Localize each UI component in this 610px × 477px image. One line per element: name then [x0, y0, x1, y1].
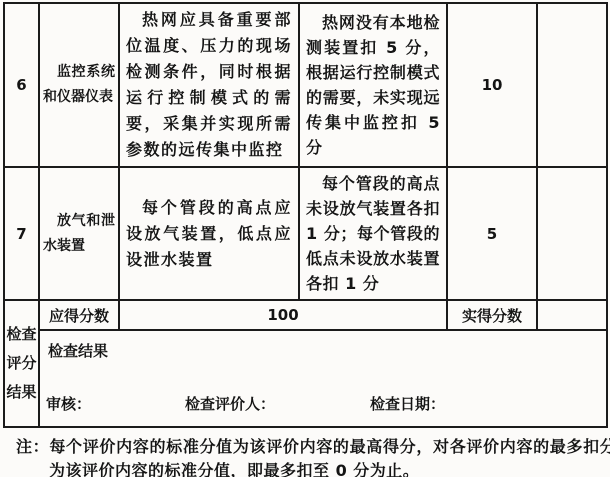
review-label: 审核： — [46, 393, 91, 414]
evaluator-label: 检查评价人： — [185, 393, 275, 414]
item-name-cell: 放气和泄水装置 — [39, 167, 119, 300]
evaluation-content-text: 热网应具备重要部位温度、压力的现场检测条件，同时根据运行控制模式的需要，采集并实… — [120, 4, 298, 166]
actual-score-value-cell — [537, 300, 607, 330]
inspection-result-label: 检查结果 — [48, 340, 108, 361]
scoring-criteria-text: 热网没有本地检测装置扣 5 分，根据运行控制模式的需要，未实现远传集中监控扣 5… — [300, 7, 446, 163]
item-name-cell: 监控系统和仪器仪表 — [39, 3, 119, 167]
standard-score-cell: 5 — [447, 167, 537, 300]
footnote-prefix: 注： — [16, 437, 49, 456]
scoring-criteria-text: 每个管段的高点未设放气装置各扣 1 分；每个管段的低点未设放水装置各扣 1 分 — [300, 168, 446, 299]
footnote-text: 每个评价内容的标准分值为该评价内容的最高得分，对各评价内容的最多扣分值为该评价内… — [49, 437, 610, 477]
actual-score-cell — [537, 3, 607, 167]
scoring-criteria-cell: 每个管段的高点未设放气装置各扣 1 分；每个管段的低点未设放水装置各扣 1 分 — [299, 167, 447, 300]
item-name-text: 放气和泄水装置 — [40, 207, 118, 261]
evaluation-score-table: 6 监控系统和仪器仪表 热网应具备重要部位温度、压力的现场检测条件，同时根据运行… — [3, 2, 608, 428]
scanned-document-page: 6 监控系统和仪器仪表 热网应具备重要部位温度、压力的现场检测条件，同时根据运行… — [0, 0, 610, 477]
item-number-cell: 6 — [4, 3, 39, 167]
actual-score-cell — [537, 167, 607, 300]
inspection-result-row: 检查结果 审核： 检查评价人： 检查日期： — [4, 330, 607, 427]
evaluation-content-text: 每个管段的高点应设放气装置，低点应设泄水装置 — [120, 192, 298, 276]
item-name-text: 监控系统和仪器仪表 — [40, 58, 118, 112]
table-row-item-6: 6 监控系统和仪器仪表 热网应具备重要部位温度、压力的现场检测条件，同时根据运行… — [4, 3, 607, 167]
expected-score-value-cell: 100 — [119, 300, 447, 330]
actual-score-label-cell: 实得分数 — [447, 300, 537, 330]
item-number-cell: 7 — [4, 167, 39, 300]
score-summary-row: 检查 评分 结果 应得分数 100 实得分数 — [4, 300, 607, 330]
expected-score-label-cell: 应得分数 — [39, 300, 119, 330]
evaluation-content-cell: 每个管段的高点应设放气装置，低点应设泄水装置 — [119, 167, 299, 300]
inspection-result-cell: 检查结果 审核： 检查评价人： 检查日期： — [39, 330, 607, 427]
signature-line: 审核： 检查评价人： 检查日期： — [40, 393, 606, 415]
scoring-criteria-cell: 热网没有本地检测装置扣 5 分，根据运行控制模式的需要，未实现远传集中监控扣 5… — [299, 3, 447, 167]
footnote: 注：每个评价内容的标准分值为该评价内容的最高得分，对各评价内容的最多扣分值为该评… — [16, 435, 610, 477]
inspection-date-label: 检查日期： — [370, 393, 445, 414]
evaluation-content-cell: 热网应具备重要部位温度、压力的现场检测条件，同时根据运行控制模式的需要，采集并实… — [119, 3, 299, 167]
summary-group-label: 检查 评分 结果 — [4, 300, 39, 427]
table-row-item-7: 7 放气和泄水装置 每个管段的高点应设放气装置，低点应设泄水装置 每个管段的高点… — [4, 167, 607, 300]
standard-score-cell: 10 — [447, 3, 537, 167]
